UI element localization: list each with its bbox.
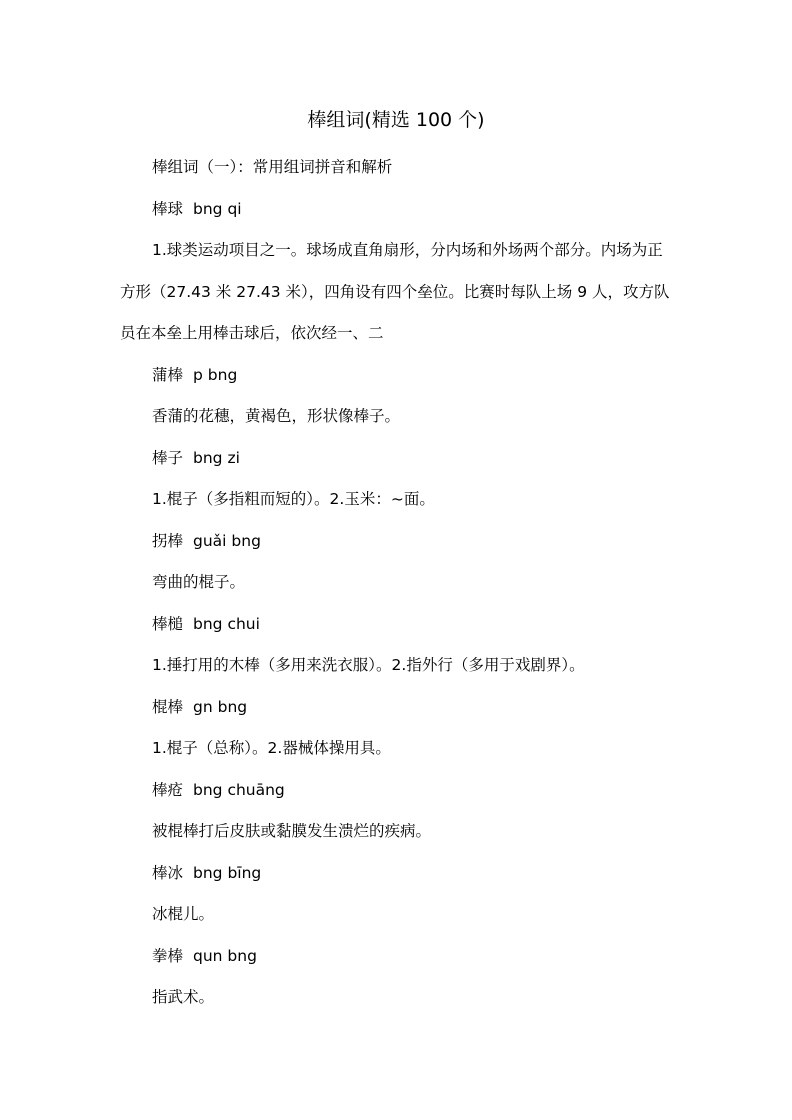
entry-pinyin: qun bng <box>193 947 257 965</box>
entry-word: 拳棒 <box>152 947 183 965</box>
entry-term: 棒冰bng bīng <box>120 853 676 895</box>
document-title: 棒组词(精选 100 个) <box>0 106 792 134</box>
entry-definition: 被棍棒打后皮肤或黏膜发生溃烂的疾病。 <box>120 811 676 853</box>
section-heading: 棒组词（一）：常用组词拼音和解析 <box>120 147 676 189</box>
entry-term: 棒槌bng chui <box>120 604 676 646</box>
entry-word: 棒子 <box>152 449 183 467</box>
entry-definition: 指武术。 <box>120 977 676 1019</box>
entry-word: 棒槌 <box>152 615 183 633</box>
entry-pinyin: p bng <box>193 366 237 384</box>
entry-pinyin: bng qi <box>193 200 242 218</box>
entry-term: 棒疮bng chuāng <box>120 770 676 812</box>
entry-pinyin: guǎi bng <box>193 532 261 550</box>
entry-term: 棒子bng zi <box>120 438 676 480</box>
entry-definition: 弯曲的棍子。 <box>120 562 676 604</box>
entry-word: 棒球 <box>152 200 183 218</box>
entry-word: 拐棒 <box>152 532 183 550</box>
entry-term: 蒲棒p bng <box>120 355 676 397</box>
entry-pinyin: bng chuāng <box>193 781 285 799</box>
entry-definition: 1.棍子（多指粗而短的）。2.玉米：~面。 <box>120 479 676 521</box>
entry-definition: 香蒲的花穗，黄褐色，形状像棒子。 <box>120 396 676 438</box>
entry-word: 棒冰 <box>152 864 183 882</box>
entry-term: 拳棒qun bng <box>120 936 676 978</box>
entry-word: 棍棒 <box>152 698 183 716</box>
document-body: 棒组词（一）：常用组词拼音和解析 棒球bng qi 1.球类运动项目之一。球场成… <box>120 147 676 1019</box>
entry-pinyin: bng chui <box>193 615 260 633</box>
entry-definition: 1.捶打用的木棒（多用来洗衣服）。2.指外行（多用于戏剧界）。 <box>120 645 676 687</box>
entry-word: 蒲棒 <box>152 366 183 384</box>
entry-term: 棒球bng qi <box>120 189 676 231</box>
entry-pinyin: bng zi <box>193 449 240 467</box>
entry-definition: 1.棍子（总称）。2.器械体操用具。 <box>120 728 676 770</box>
entry-pinyin: gn bng <box>193 698 247 716</box>
entry-pinyin: bng bīng <box>193 864 261 882</box>
entry-definition: 冰棍儿。 <box>120 894 676 936</box>
entry-term: 棍棒gn bng <box>120 687 676 729</box>
entry-definition: 1.球类运动项目之一。球场成直角扇形，分内场和外场两个部分。内场为正方形（27.… <box>120 230 676 355</box>
entry-word: 棒疮 <box>152 781 183 799</box>
document-page: 棒组词(精选 100 个) 棒组词（一）：常用组词拼音和解析 棒球bng qi … <box>0 0 792 1120</box>
entry-term: 拐棒guǎi bng <box>120 521 676 563</box>
